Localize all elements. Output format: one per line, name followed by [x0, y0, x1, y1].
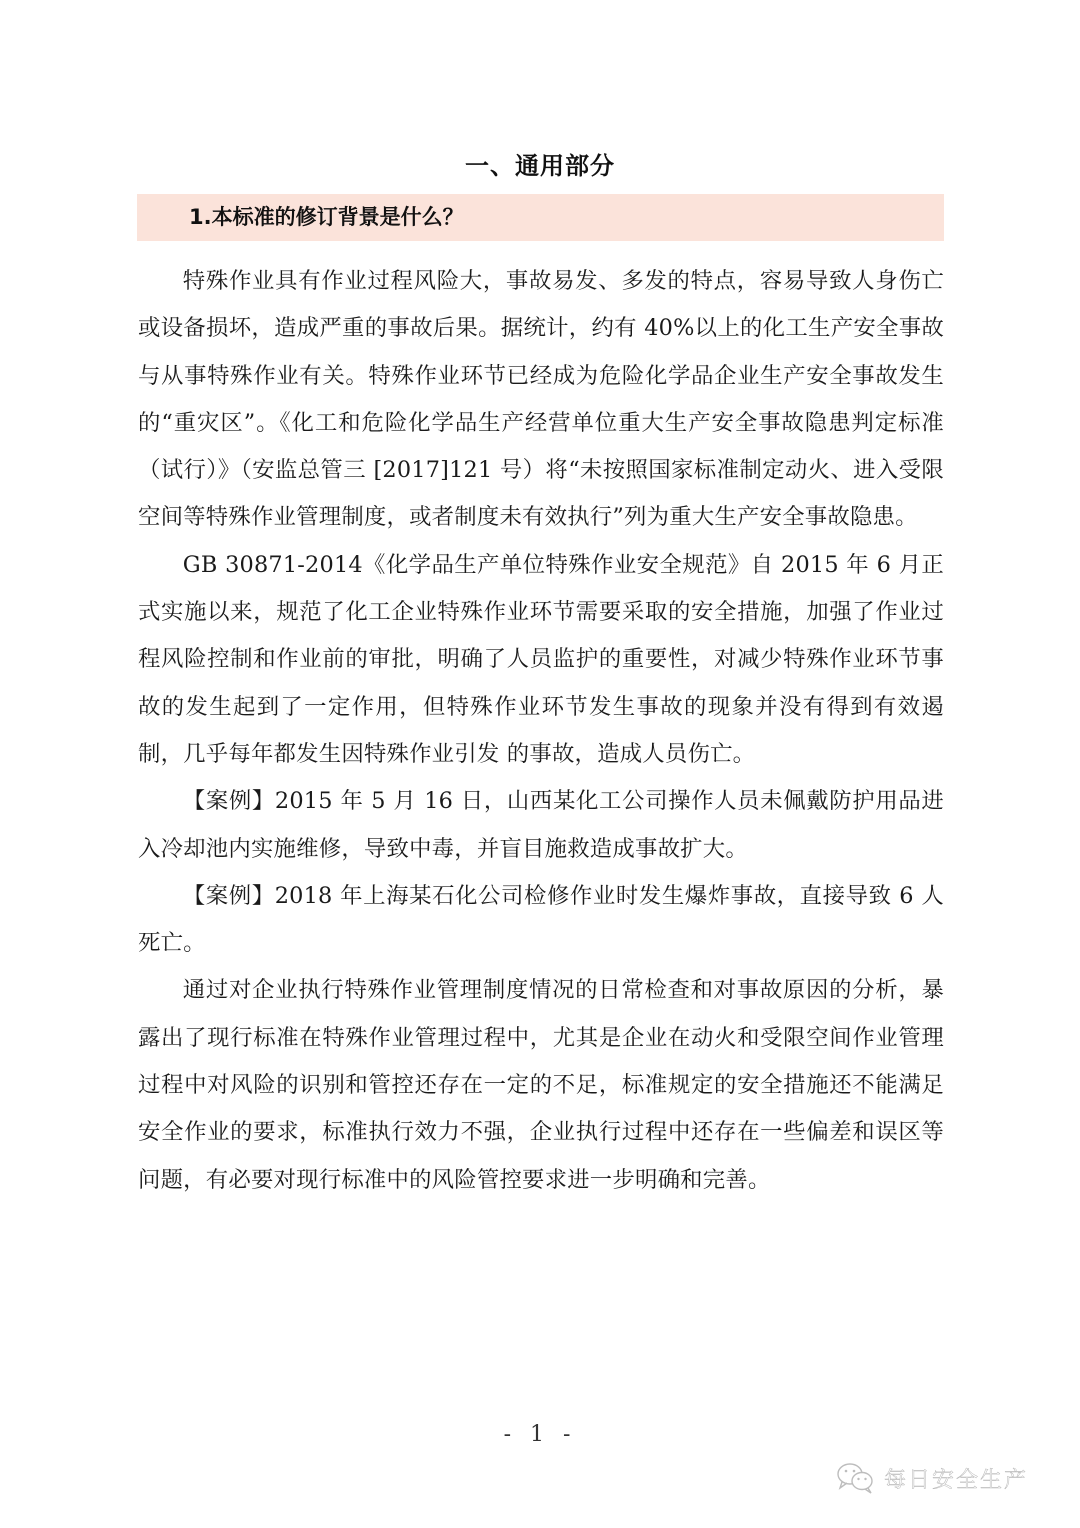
- page-number: - 1 -: [0, 1422, 1080, 1447]
- section-heading-band: 1.本标准的修订背景是什么？: [137, 194, 944, 241]
- paragraph-case-2: 【案例】2018 年上海某石化公司检修作业时发生爆炸事故，直接导致 6 人死亡。: [138, 873, 944, 968]
- watermark: 每日安全生产: [836, 1462, 1028, 1494]
- page-title: 一、通用部分: [0, 146, 1080, 181]
- paragraph-text: 通过对企业执行特殊作业管理制度情况的日常检查和对事故原因的分析，暴露出了现行标准…: [138, 977, 944, 1192]
- paragraph-text: 特殊作业具有作业过程风险大，事故易发、多发的特点，容易导致人身伤亡或设备损坏，造…: [138, 268, 944, 530]
- paragraph-background: 特殊作业具有作业过程风险大，事故易发、多发的特点，容易导致人身伤亡或设备损坏，造…: [138, 258, 944, 542]
- body-text: 特殊作业具有作业过程风险大，事故易发、多发的特点，容易导致人身伤亡或设备损坏，造…: [138, 258, 944, 1204]
- case-tag: 【案例】: [183, 788, 275, 814]
- wechat-icon: [836, 1462, 876, 1494]
- watermark-text: 每日安全生产: [884, 1463, 1028, 1494]
- paragraph-conclusion: 通过对企业执行特殊作业管理制度情况的日常检查和对事故原因的分析，暴露出了现行标准…: [138, 967, 944, 1203]
- paragraph-standard-history: GB 30871-2014《化学品生产单位特殊作业安全规范》自 2015 年 6…: [138, 542, 944, 778]
- section-heading: 1.本标准的修订背景是什么？: [189, 205, 464, 229]
- paragraph-text: GB 30871-2014《化学品生产单位特殊作业安全规范》自 2015 年 6…: [138, 552, 944, 767]
- case-tag: 【案例】: [183, 883, 275, 909]
- paragraph-case-1: 【案例】2015 年 5 月 16 日，山西某化工公司操作人员未佩戴防护用品进入…: [138, 778, 944, 873]
